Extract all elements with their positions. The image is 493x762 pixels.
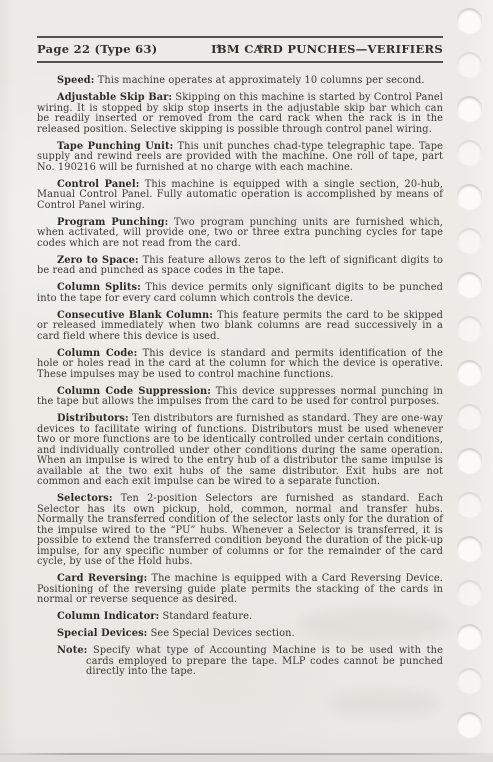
paragraph-column-splits: Column Splits: This device permits only … xyxy=(37,283,443,304)
punch-hole-icon xyxy=(457,404,482,429)
scan-background-strip xyxy=(0,755,493,762)
text-special-devices: See Special Devices section. xyxy=(151,628,295,639)
bleed-through-smudge xyxy=(150,208,330,224)
punch-hole-icon xyxy=(457,96,482,121)
punch-hole-icon xyxy=(457,360,482,385)
paragraph-selectors: Selectors: Ten 2-position Selectors are … xyxy=(37,494,443,568)
term-distributors: Distributors: xyxy=(57,413,129,424)
punch-hole-icon xyxy=(457,668,482,693)
term-consecutive-blank-column: Consecutive Blank Column: xyxy=(57,310,213,321)
punch-hole-icon xyxy=(457,272,482,297)
term-special-devices: Special Devices: xyxy=(57,628,147,639)
header-ornaments: * * xyxy=(216,42,264,55)
term-control-panel: Control Panel: xyxy=(57,179,139,190)
page-number-label: Page 22 (Type 63) xyxy=(37,42,157,56)
paragraph-card-reversing: Card Reversing: The machine is equipped … xyxy=(37,574,443,606)
term-adjustable-skip-bar: Adjustable Skip Bar: xyxy=(57,92,172,103)
asterisk-ornament: * xyxy=(216,42,222,55)
punch-hole-icon xyxy=(457,228,482,253)
punch-hole-icon xyxy=(457,624,482,649)
paragraph-speed: Speed: This machine operates at approxim… xyxy=(37,76,443,87)
paragraph-column-code-suppression: Column Code Suppression: This device sup… xyxy=(37,387,443,408)
paragraph-column-code: Column Code: This device is standard and… xyxy=(37,349,443,381)
header-row: Page 22 (Type 63) * * IBM CARD PUNCHES—V… xyxy=(37,38,443,61)
paragraph-zero-to-space: Zero to Space: This feature allows zeros… xyxy=(37,256,443,277)
punch-hole-icon xyxy=(457,580,482,605)
punch-hole-icon xyxy=(457,8,482,33)
term-program-punching: Program Punching: xyxy=(57,217,168,228)
text-selectors: Ten 2-position Selectors are furnished a… xyxy=(37,493,443,567)
paragraph-control-panel: Control Panel: This machine is equipped … xyxy=(37,180,443,212)
scanned-manual-page: Page 22 (Type 63) * * IBM CARD PUNCHES—V… xyxy=(0,0,493,762)
punch-hole-icon xyxy=(457,52,482,77)
paragraph-adjustable-skip-bar: Adjustable Skip Bar: Skipping on this ma… xyxy=(37,93,443,135)
text-note: Specify what type of Accounting Machine … xyxy=(86,645,443,677)
term-zero-to-space: Zero to Space: xyxy=(57,255,139,266)
term-selectors: Selectors: xyxy=(57,493,113,504)
punch-hole-icon xyxy=(457,140,482,165)
punch-hole-icon xyxy=(457,448,482,473)
term-column-indicator: Column Indicator: xyxy=(57,611,159,622)
bleed-through-smudge xyxy=(330,690,440,716)
asterisk-ornament: * xyxy=(258,42,264,55)
punch-hole-icon xyxy=(457,184,482,209)
punch-hole-icon xyxy=(457,492,482,517)
text-column-indicator: Standard feature. xyxy=(162,611,252,622)
term-column-splits: Column Splits: xyxy=(57,282,141,293)
term-column-code-suppression: Column Code Suppression: xyxy=(57,386,211,397)
term-speed: Speed: xyxy=(57,75,94,86)
header-bottom-rule xyxy=(37,61,443,63)
paragraph-note: Note: Specify what type of Accounting Ma… xyxy=(86,646,443,678)
term-tape-punching-unit: Tape Punching Unit: xyxy=(57,141,173,152)
text-speed: This machine operates at approximately 1… xyxy=(98,75,425,86)
paragraph-distributors: Distributors: Ten distributors are furni… xyxy=(37,414,443,488)
punch-hole-icon xyxy=(457,316,482,341)
paragraph-consecutive-blank-column: Consecutive Blank Column: This feature p… xyxy=(37,311,443,343)
punch-hole-icon xyxy=(457,712,482,737)
term-card-reversing: Card Reversing: xyxy=(57,573,147,584)
punch-hole-icon xyxy=(457,536,482,561)
page-content: Speed: This machine operates at approxim… xyxy=(37,76,443,678)
bleed-through-smudge xyxy=(300,608,450,642)
term-column-code: Column Code: xyxy=(57,348,137,359)
page-header: Page 22 (Type 63) * * IBM CARD PUNCHES—V… xyxy=(37,0,443,63)
paragraph-tape-punching-unit: Tape Punching Unit: This unit punches ch… xyxy=(37,142,443,174)
text-distributors: Ten distributors are furnished as standa… xyxy=(37,413,443,487)
term-note: Note: xyxy=(57,645,87,656)
